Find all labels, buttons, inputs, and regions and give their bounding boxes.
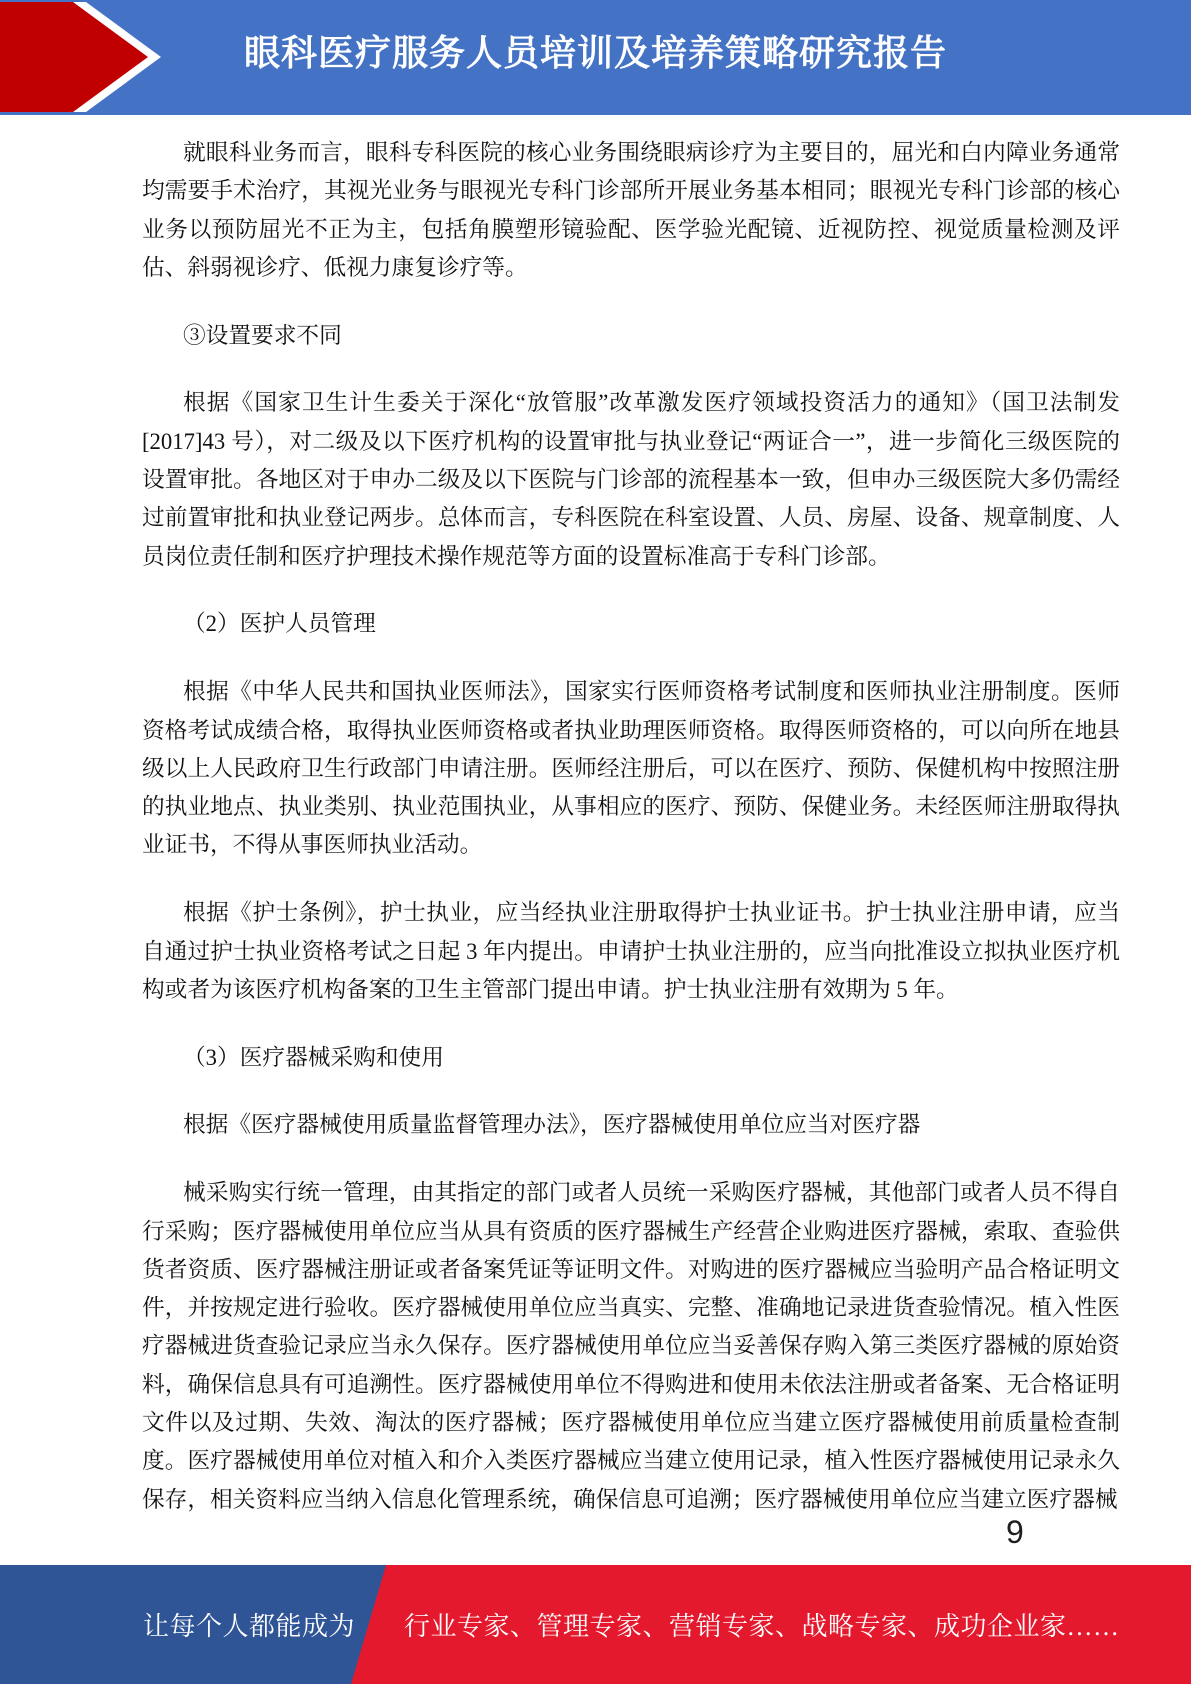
page-title: 眼科医疗服务人员培训及培养策略研究报告 xyxy=(0,0,1191,100)
report-page: { "header": { "title": "眼科医疗服务人员培训及培养策略研… xyxy=(0,0,1191,1684)
paragraph: 就眼科业务而言，眼科专科医院的核心业务围绕眼病诊疗为主要目的，屈光和白内障业务通… xyxy=(142,134,1120,287)
section-heading: （2）医护人员管理 xyxy=(142,605,1120,643)
section-heading: ③设置要求不同 xyxy=(142,317,1120,355)
document-body: 就眼科业务而言，眼科专科医院的核心业务围绕眼病诊疗为主要目的，屈光和白内障业务通… xyxy=(0,115,1191,1519)
header-banner: 眼科医疗服务人员培训及培养策略研究报告 xyxy=(0,0,1191,115)
footer-banner: 让每个人都能成为 行业专家、管理专家、营销专家、战略专家、成功企业家…… xyxy=(0,1565,1191,1684)
footer-slogan-right: 行业专家、管理专家、营销专家、战略专家、成功企业家…… xyxy=(404,1565,1120,1684)
paragraph: 根据《中华人民共和国执业医师法》，国家实行医师资格考试制度和医师执业注册制度。医… xyxy=(142,673,1120,864)
paragraph: 根据《医疗器械使用质量监督管理办法》，医疗器械使用单位应当对医疗器 xyxy=(142,1106,1120,1144)
paragraph: 械采购实行统一管理，由其指定的部门或者人员统一采购医疗器械，其他部门或者人员不得… xyxy=(142,1174,1120,1519)
paragraph: 根据《护士条例》，护士执业，应当经执业注册取得护士执业证书。护士执业注册申请，应… xyxy=(142,894,1120,1009)
footer-slogan-left: 让每个人都能成为 xyxy=(0,1565,355,1684)
page-number: 9 xyxy=(1006,1514,1024,1551)
paragraph: 根据《国家卫生计生委关于深化“放管服”改革激发医疗领域投资活力的通知》（国卫法制… xyxy=(142,384,1120,575)
section-heading: （3）医疗器械采购和使用 xyxy=(142,1039,1120,1077)
